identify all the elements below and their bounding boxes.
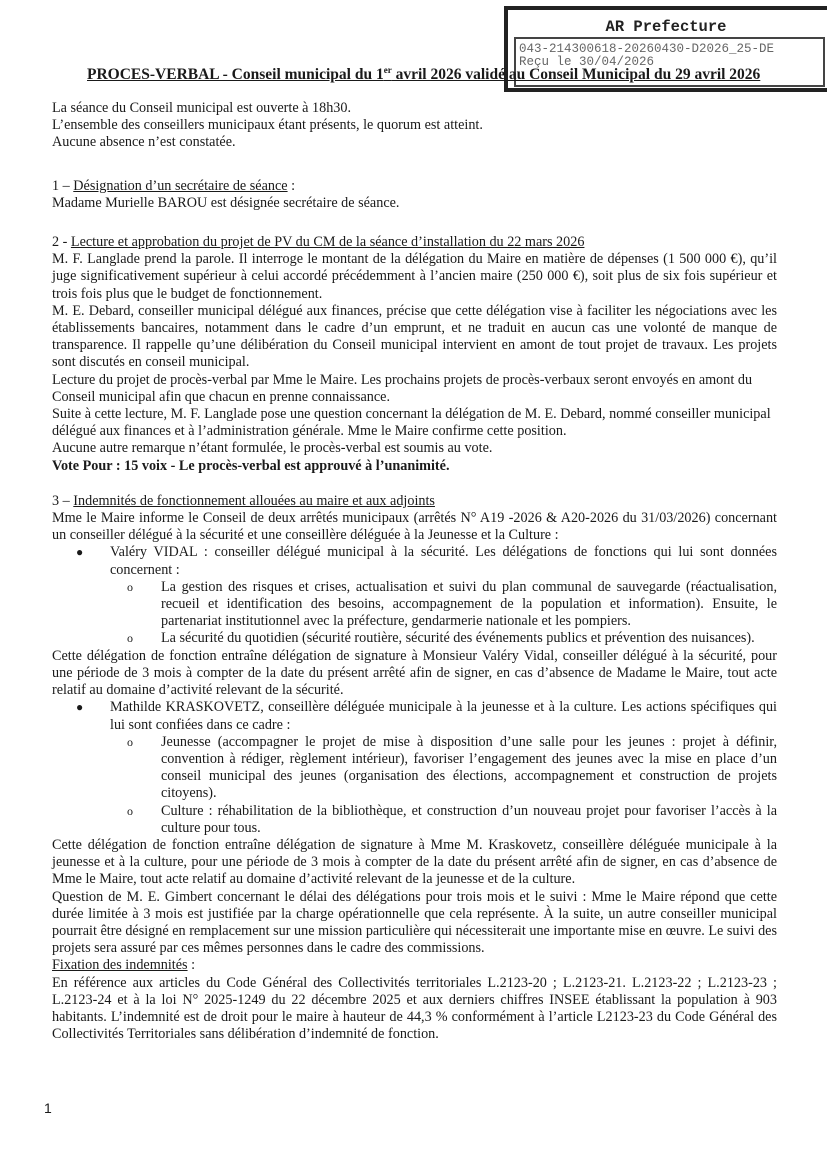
document-title: PROCES-VERBAL - Conseil municipal du 1er… bbox=[87, 65, 760, 84]
bullet-disc-icon: ● bbox=[76, 699, 83, 716]
bullet-circle-icon: o bbox=[127, 630, 133, 647]
section-2-paragraph: Aucune autre remarque n’étant formulée, … bbox=[52, 440, 777, 457]
delegation-vidal-text: Cette délégation de fonction entraîne dé… bbox=[52, 648, 777, 700]
bullet-text: Mathilde KRASKOVETZ, conseillère délégué… bbox=[110, 699, 777, 733]
bullet-disc-icon: ● bbox=[76, 544, 83, 561]
intro-line: Aucune absence n’est constatée. bbox=[52, 134, 777, 151]
bullet-circle-icon: o bbox=[127, 734, 133, 751]
fixation-heading: Fixation des indemnités : bbox=[52, 957, 777, 974]
section-2-heading: 2 - Lecture et approbation du projet de … bbox=[52, 234, 777, 251]
section-number: 2 - bbox=[52, 234, 71, 250]
section-2-paragraph: Lecture du projet de procès-verbal par M… bbox=[52, 372, 777, 406]
section-heading-text: Désignation d’un secrétaire de séance bbox=[73, 178, 287, 194]
section-3-intro: Mme le Maire informe le Conseil de deux … bbox=[52, 510, 777, 544]
sub-bullet-text: La sécurité du quotidien (sécurité routi… bbox=[161, 630, 777, 647]
bullet-item-vidal: ● Valéry VIDAL : conseiller délégué muni… bbox=[52, 544, 777, 578]
sub-bullet-text: La gestion des risques et crises, actual… bbox=[161, 579, 777, 631]
section-number: 3 – bbox=[52, 493, 73, 509]
fixation-text: En référence aux articles du Code Généra… bbox=[52, 975, 777, 1044]
sub-bullet-text: Culture : réhabilitation de la bibliothè… bbox=[161, 803, 777, 837]
sub-bullet-item: o Jeunesse (accompagner le projet de mis… bbox=[52, 734, 777, 803]
section-1-text: Madame Murielle BAROU est désignée secré… bbox=[52, 195, 777, 212]
bullet-text: Valéry VIDAL : conseiller délégué munici… bbox=[110, 544, 777, 578]
sub-bullet-item: o La sécurité du quotidien (sécurité rou… bbox=[52, 630, 777, 647]
gimbert-question-text: Question de M. E. Gimbert concernant le … bbox=[52, 889, 777, 958]
intro-line: L’ensemble des conseillers municipaux ét… bbox=[52, 117, 777, 134]
section-heading-text: Lecture et approbation du projet de PV d… bbox=[71, 234, 585, 250]
heading-suffix: : bbox=[288, 178, 296, 194]
section-3-heading: 3 – Indemnités de fonctionnement allouée… bbox=[52, 493, 777, 510]
section-number: 1 – bbox=[52, 178, 73, 194]
sub-bullet-item: o Culture : réhabilitation de la bibliot… bbox=[52, 803, 777, 837]
section-2-paragraph: M. F. Langlade prend la parole. Il inter… bbox=[52, 251, 777, 303]
title-text-end: avril 2026 validé au Conseil Municipal d… bbox=[392, 66, 761, 83]
stamp-title: AR Prefecture bbox=[508, 18, 824, 36]
sub-bullet-text: Jeunesse (accompagner le projet de mise … bbox=[161, 734, 777, 803]
intro-line: La séance du Conseil municipal est ouver… bbox=[52, 100, 777, 117]
section-2-paragraph: Suite à cette lecture, M. F. Langlade po… bbox=[52, 406, 777, 440]
title-superscript: er bbox=[384, 65, 392, 75]
section-heading-text: Indemnités de fonctionnement allouées au… bbox=[73, 493, 435, 509]
heading-suffix: : bbox=[188, 957, 196, 973]
bullet-circle-icon: o bbox=[127, 803, 133, 820]
fixation-heading-text: Fixation des indemnités bbox=[52, 957, 188, 973]
bullet-item-kraskovetz: ● Mathilde KRASKOVETZ, conseillère délég… bbox=[52, 699, 777, 733]
section-1-heading: 1 – Désignation d’un secrétaire de séanc… bbox=[52, 178, 777, 195]
title-text: PROCES-VERBAL - Conseil municipal du 1 bbox=[87, 66, 384, 83]
delegation-kraskovetz-text: Cette délégation de fonction entraîne dé… bbox=[52, 837, 777, 889]
bullet-circle-icon: o bbox=[127, 579, 133, 596]
sub-bullet-item: o La gestion des risques et crises, actu… bbox=[52, 579, 777, 631]
vote-result: Vote Pour : 15 voix - Le procès-verbal e… bbox=[52, 458, 777, 475]
page-number: 1 bbox=[44, 1100, 52, 1116]
document-body: La séance du Conseil municipal est ouver… bbox=[52, 100, 777, 1043]
section-2-paragraph: M. E. Debard, conseiller municipal délég… bbox=[52, 303, 777, 372]
